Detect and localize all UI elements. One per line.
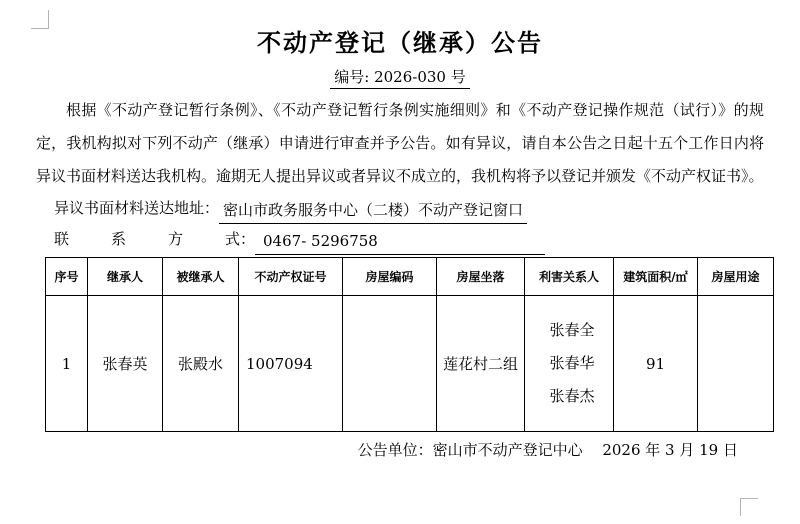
interested-party: 张春华	[531, 347, 613, 380]
cell-area: 91	[614, 296, 698, 432]
cell-house-code	[343, 296, 437, 432]
doc-number: 编号: 2026-030 号	[330, 68, 469, 89]
cell-seq: 1	[46, 296, 88, 432]
col-header-house-code: 房屋编码	[343, 258, 437, 296]
footer-issuer-and-date: 公告单位：密山市不动产登记中心 2026 年 3 月 19 日	[0, 440, 800, 460]
table-row: 1 张春英 张殿水 1007094 莲花村二组 张春全 张春华 张春杰 91	[46, 296, 774, 432]
contact-label: 联 系 方 式	[54, 224, 240, 255]
objection-address-line: 异议书面材料送达地址：密山市政务服务中心（二楼）不动产登记窗口	[54, 193, 800, 224]
body-paragraph: 根据《不动产登记暂行条例》、《不动产登记暂行条例实施细则》和《不动产登记操作规范…	[36, 94, 764, 193]
cell-decedent: 张殿水	[163, 296, 239, 432]
contact-line: 联 系 方 式：0467- 5296758	[54, 224, 800, 255]
interested-party: 张春杰	[531, 380, 613, 413]
col-header-area: 建筑面积/㎡	[614, 258, 698, 296]
table-header-row: 序号 继承人 被继承人 不动产权证号 房屋编码 房屋坐落 利害关系人 建筑面积/…	[46, 258, 774, 296]
announcement-table: 序号 继承人 被继承人 不动产权证号 房屋编码 房屋坐落 利害关系人 建筑面积/…	[45, 257, 774, 432]
page-title: 不动产登记（继承）公告	[0, 28, 800, 58]
col-header-seq: 序号	[46, 258, 88, 296]
contact-colon: ：	[240, 230, 255, 248]
col-header-cert-no: 不动产权证号	[239, 258, 343, 296]
page-margin-mark-top-left-icon	[31, 10, 49, 29]
doc-number-line: 编号: 2026-030 号	[0, 66, 800, 88]
contact-phone-value: 0467- 5296758	[255, 229, 545, 255]
col-header-heir: 继承人	[88, 258, 163, 296]
col-header-decedent: 被继承人	[163, 258, 239, 296]
cell-usage	[698, 296, 774, 432]
col-header-location: 房屋坐落	[437, 258, 525, 296]
page-margin-mark-bottom-right-icon	[740, 498, 758, 516]
interested-party: 张春全	[531, 314, 613, 347]
cell-location: 莲花村二组	[437, 296, 525, 432]
cell-interested-parties: 张春全 张春华 张春杰	[525, 296, 614, 432]
cell-cert-no: 1007094	[239, 296, 343, 432]
objection-address-label: 异议书面材料送达地址：	[54, 199, 219, 217]
cell-heir: 张春英	[88, 296, 163, 432]
col-header-interested-parties: 利害关系人	[525, 258, 614, 296]
objection-address-value: 密山市政务服务中心（二楼）不动产登记窗口	[219, 198, 527, 224]
col-header-usage: 房屋用途	[698, 258, 774, 296]
